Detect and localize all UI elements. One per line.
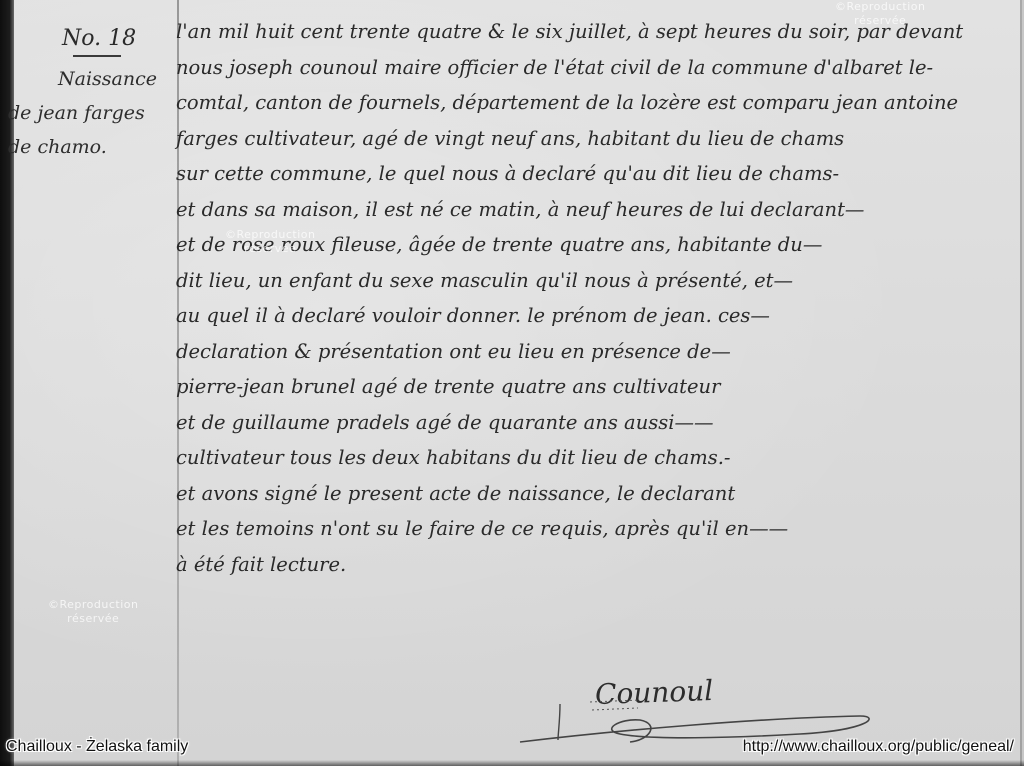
body-line: declaration & présentation ont eu lieu e… [176, 334, 1006, 370]
act-number: No. 18 [62, 26, 136, 51]
watermark-top: ©Reproduction réservée [835, 0, 925, 28]
watermark-middle: ©Reproduction réservée [225, 228, 315, 256]
document-viewer: No. 18 Naissance de jean farges de chamo… [0, 0, 1024, 766]
act-body: l'an mil huit cent trente quatre & le si… [176, 14, 1006, 582]
body-line: pierre-jean brunel agé de trente quatre … [176, 369, 1006, 405]
body-line: farges cultivateur, agé de vingt neuf an… [176, 121, 1006, 157]
body-line: et les temoins n'ont su le faire de ce r… [176, 511, 1006, 547]
body-line: au quel il à declaré vouloir donner. le … [176, 298, 1006, 334]
body-line: nous joseph counoul maire officier de l'… [176, 50, 1006, 86]
body-line: et dans sa maison, il est né ce matin, à… [176, 192, 1006, 228]
margin-line-title: Naissance [34, 62, 174, 96]
body-line: et de guillaume pradels agé de quarante … [176, 405, 1006, 441]
body-line: à été fait lecture. [176, 547, 1006, 583]
watermark-left: ©Reproduction réservée [48, 598, 138, 626]
margin-annotation: Naissance de jean farges de chamo. [34, 62, 174, 164]
body-line: et avons signé le present acte de naissa… [176, 476, 1006, 512]
family-caption: Chailloux - Żelaska family [6, 738, 188, 756]
act-number-underline [73, 55, 121, 57]
body-line: cultivateur tous les deux habitans du di… [176, 440, 1006, 476]
source-url-caption: http://www.chailloux.org/public/geneal/ [743, 738, 1014, 756]
margin-line-place: de chamo. [8, 130, 174, 164]
bottom-edge-shadow [0, 760, 1024, 766]
body-line: sur cette commune, le quel nous à declar… [176, 156, 1006, 192]
margin-line-name: de jean farges [8, 96, 174, 130]
body-line: dit lieu, un enfant du sexe masculin qu'… [176, 263, 1006, 299]
body-line: comtal, canton de fournels, département … [176, 85, 1006, 121]
